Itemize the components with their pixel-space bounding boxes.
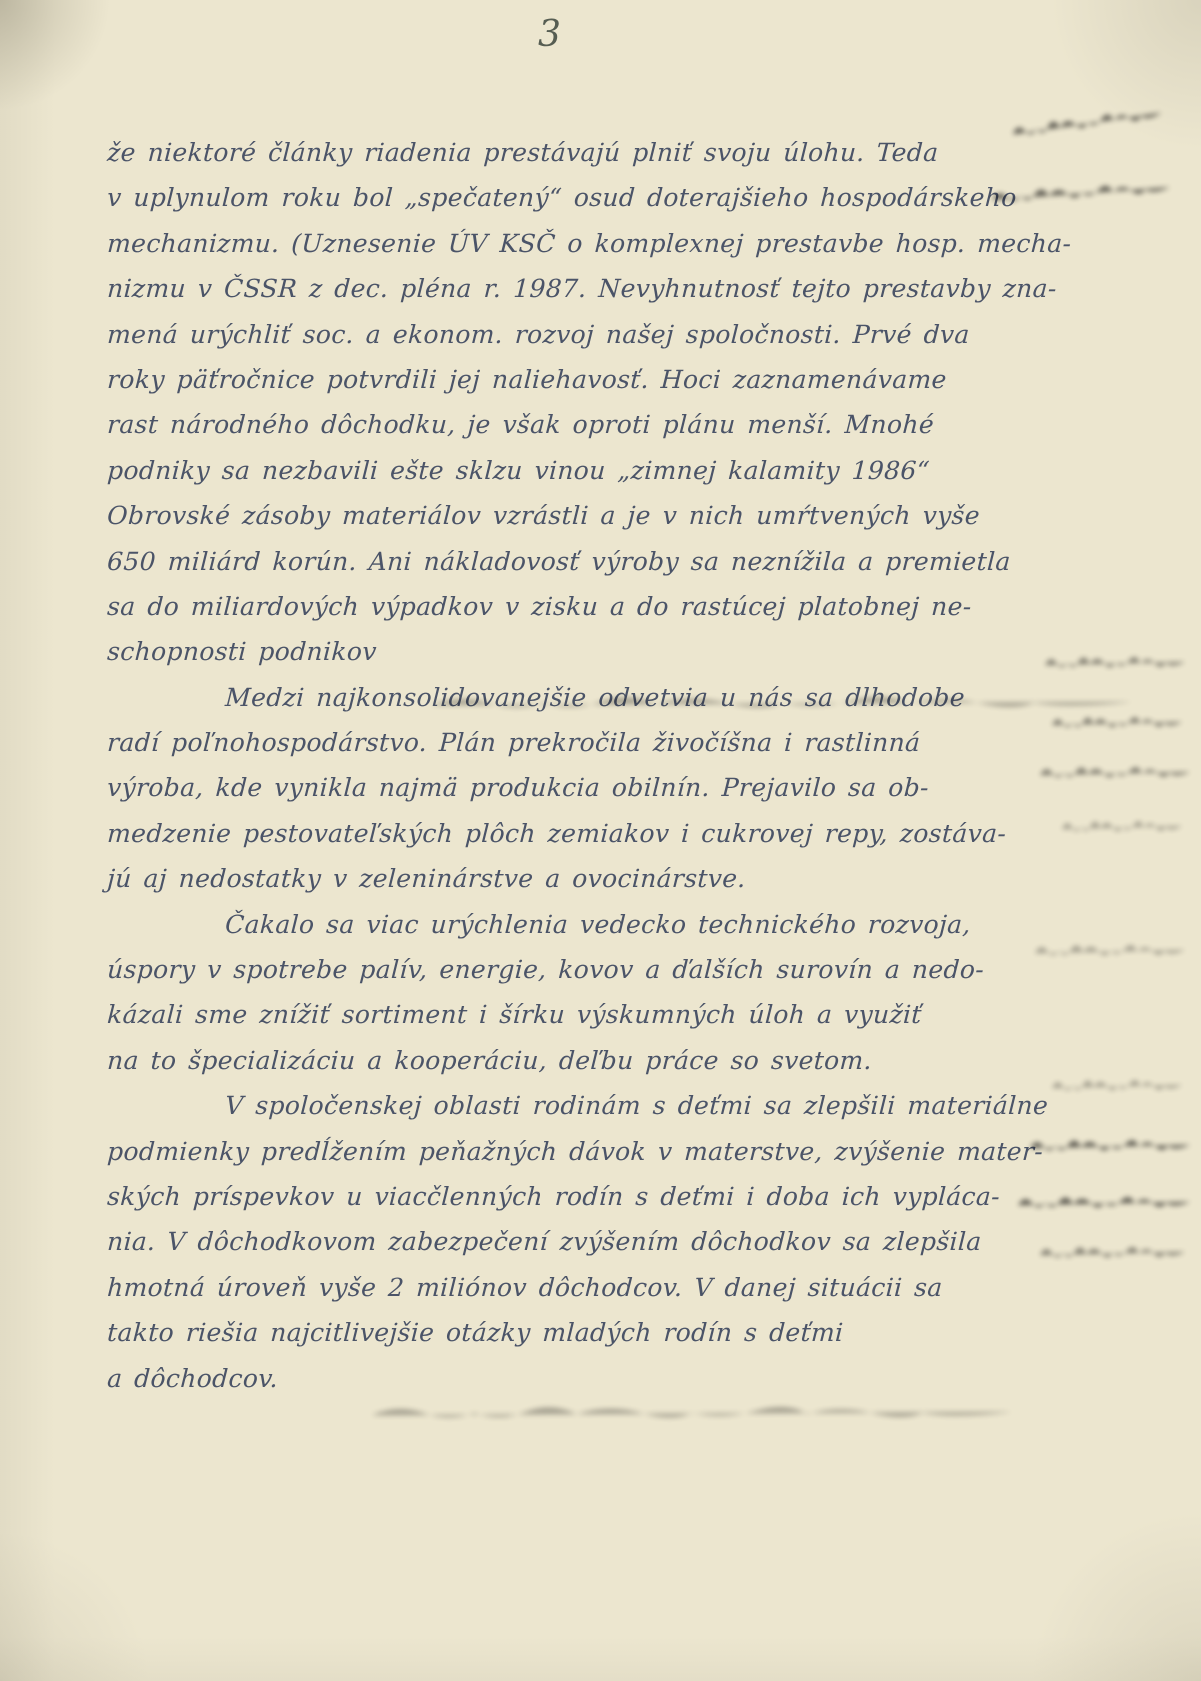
handwritten-line paragraph-start: V spoločenskej oblasti rodinám s deťmi s… (106, 1083, 1118, 1128)
handwritten-line paragraph-start: Medzi najkonsolidovanejšie odvetvia u ná… (106, 675, 1118, 720)
handwritten-line: jú aj nedostatky v zeleninárstve a ovoci… (106, 856, 1118, 901)
handwritten-line: schopnosti podnikov (106, 629, 1118, 674)
handwritten-line: mechanizmu. (Uznesenie ÚV KSČ o komplexn… (106, 221, 1118, 266)
handwritten-line paragraph-start: Čakalo sa viac urýchlenia vedecko techni… (106, 902, 1118, 947)
handwritten-line: na to špecializáciu a kooperáciu, deľbu … (106, 1038, 1118, 1083)
handwritten-line: a dôchodcov. (106, 1356, 1118, 1401)
page-number: 3 (538, 14, 562, 55)
bleed-through-mark (372, 1402, 1012, 1424)
handwritten-text-block: že niektoré články riadenia prestávajú p… (106, 130, 1116, 1401)
handwritten-line: radí poľnohospodárstvo. Plán prekročila … (106, 720, 1118, 765)
handwritten-line: podmienky predĺžením peňažných dávok v m… (106, 1129, 1118, 1174)
handwritten-line: mená urýchliť soc. a ekonom. rozvoj naše… (106, 312, 1118, 357)
handwritten-line: že niektoré články riadenia prestávajú p… (106, 130, 1118, 175)
handwritten-line: takto riešia najcitlivejšie otázky mladý… (106, 1310, 1118, 1355)
handwritten-line: rast národného dôchodku, je však oproti … (106, 402, 1118, 447)
handwritten-line: nizmu v ČSSR z dec. pléna r. 1987. Nevyh… (106, 266, 1118, 311)
handwritten-line: hmotná úroveň vyše 2 miliónov dôchodcov.… (106, 1265, 1118, 1310)
handwritten-line: roky päťročnice potvrdili jej naliehavos… (106, 357, 1118, 402)
handwritten-line: podniky sa nezbavili ešte sklzu vinou „z… (106, 448, 1118, 493)
handwritten-line: medzenie pestovateľských plôch zemiakov … (106, 811, 1118, 856)
handwritten-line: úspory v spotrebe palív, energie, kovov … (106, 947, 1118, 992)
handwritten-line: Obrovské zásoby materiálov vzrástli a je… (106, 493, 1118, 538)
handwritten-line: sa do miliardových výpadkov v zisku a do… (106, 584, 1118, 629)
handwritten-line: 650 miliárd korún. Ani nákladovosť výrob… (106, 539, 1118, 584)
handwritten-line: ských príspevkov u viacčlenných rodín s … (106, 1174, 1118, 1219)
handwritten-line: výroba, kde vynikla najmä produkcia obil… (106, 765, 1118, 810)
scanned-manuscript-page: { "page": { "number": "3" }, "colors": {… (0, 0, 1201, 1681)
handwritten-line: nia. V dôchodkovom zabezpečení zvýšením … (106, 1219, 1118, 1264)
handwritten-line: v uplynulom roku bol „spečatený“ osud do… (106, 175, 1118, 220)
handwritten-line: kázali sme znížiť sortiment i šírku výsk… (106, 992, 1118, 1037)
